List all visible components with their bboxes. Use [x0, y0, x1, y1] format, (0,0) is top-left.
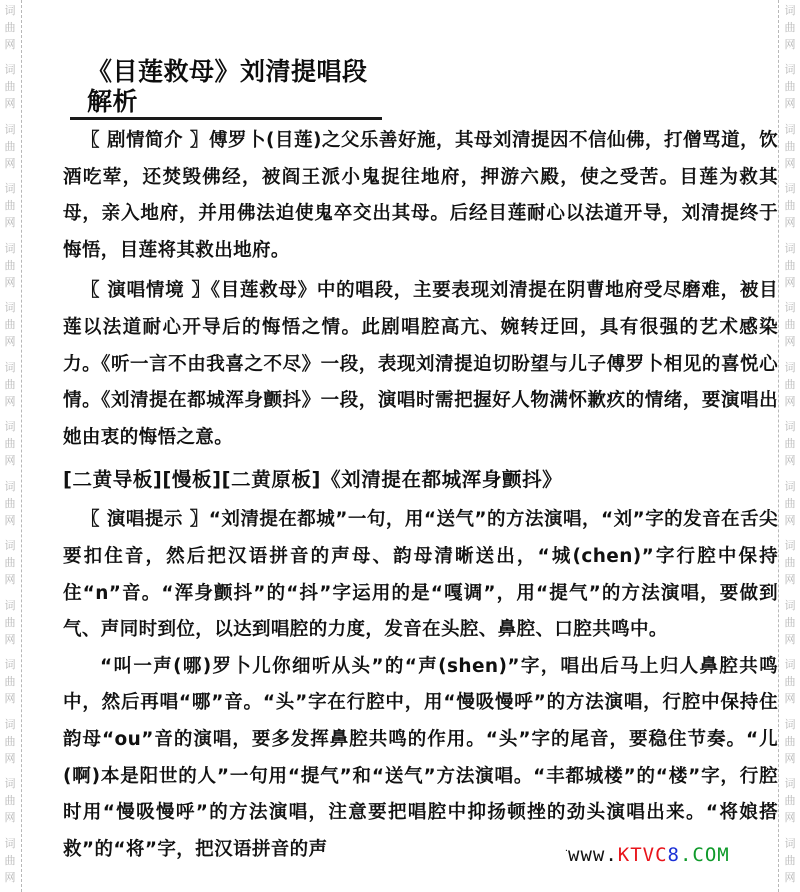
watermark-char: 网 [785, 36, 796, 53]
watermark-char: 网 [5, 809, 16, 826]
left-side-watermark: 词曲网词曲网词曲网词曲网词曲网词曲网词曲网词曲网词曲网词曲网词曲网词曲网词曲网词… [0, 0, 20, 892]
watermark-char: 曲 [5, 316, 16, 333]
watermark-char: 网 [785, 512, 796, 529]
watermark-group: 词曲网 [785, 0, 796, 59]
watermark-char: 网 [5, 750, 16, 767]
watermark-char: 曲 [785, 852, 796, 869]
site-watermark: · www.KTVC8.COM [568, 845, 730, 865]
watermark-char: 曲 [5, 78, 16, 95]
watermark-group: 词曲网 [5, 714, 16, 773]
watermark-char: 曲 [5, 197, 16, 214]
watermark-group: 词曲网 [5, 773, 16, 832]
watermark-char: 词 [785, 180, 796, 197]
singing-tips-paragraph: 〖 演唱提示 〗“刘清提在都城”一句，用“送气”的方法演唱，“刘”字的发音在舌尖… [63, 502, 778, 648]
watermark-group: 词曲网 [785, 476, 796, 535]
watermark-char: 曲 [785, 19, 796, 36]
watermark-char: 曲 [785, 138, 796, 155]
left-margin-divider [21, 0, 22, 892]
watermark-group: 词曲网 [785, 178, 796, 237]
watermark-group: 词曲网 [785, 714, 796, 773]
watermark-char: 词 [5, 716, 16, 733]
watermark-char: 词 [5, 180, 16, 197]
watermark-char: 网 [785, 274, 796, 291]
watermark-char: 曲 [5, 554, 16, 571]
watermark-char: 曲 [5, 852, 16, 869]
watermark-char: 词 [5, 359, 16, 376]
watermark-text-segment: 8 [668, 844, 680, 866]
watermark-char: 曲 [785, 673, 796, 690]
watermark-group: 词曲网 [785, 416, 796, 475]
performance-context-paragraph: 〖 演唱情境 〗《目莲救母》中的唱段，主要表现刘清提在阴曹地府受尽磨难，被目莲以… [63, 273, 778, 456]
watermark-char: 词 [5, 240, 16, 257]
watermark-char: 网 [785, 214, 796, 231]
watermark-char: 网 [5, 274, 16, 291]
watermark-group: 词曲网 [5, 357, 16, 416]
watermark-group: 词曲网 [5, 654, 16, 713]
watermark-char: 词 [785, 478, 796, 495]
watermark-char: 词 [785, 121, 796, 138]
watermark-char: 曲 [785, 792, 796, 809]
watermark-group: 词曲网 [5, 178, 16, 237]
watermark-char: 网 [5, 95, 16, 112]
watermark-char: 词 [785, 2, 796, 19]
watermark-char: 网 [5, 452, 16, 469]
watermark-char: 网 [785, 750, 796, 767]
watermark-char: 曲 [785, 733, 796, 750]
watermark-char: 曲 [5, 495, 16, 512]
watermark-char: 曲 [5, 614, 16, 631]
watermark-char: 网 [785, 631, 796, 648]
watermark-char: 曲 [785, 197, 796, 214]
watermark-char: 曲 [5, 673, 16, 690]
watermark-char: 网 [5, 393, 16, 410]
watermark-text-segment: .COM [680, 844, 730, 866]
watermark-group: 词曲网 [5, 238, 16, 297]
watermark-char: 词 [5, 775, 16, 792]
synopsis-tag: 〖 剧情简介 〗 [81, 130, 209, 151]
watermark-group: 词曲网 [785, 654, 796, 713]
watermark-group: 词曲网 [785, 297, 796, 356]
watermark-char: 词 [5, 656, 16, 673]
watermark-char: 词 [5, 835, 16, 852]
watermark-char: 词 [785, 299, 796, 316]
watermark-char: 网 [5, 214, 16, 231]
watermark-char: 词 [5, 478, 16, 495]
watermark-char: 词 [5, 537, 16, 554]
performance-context-text: 《目莲救母》中的唱段，主要表现刘清提在阴曹地府受尽磨难，被目莲以法道耐心开导后的… [63, 280, 778, 447]
watermark-char: 网 [5, 333, 16, 350]
synopsis-paragraph: 〖 剧情简介 〗傅罗卜(目莲)之父乐善好施，其母刘清提因不信仙佛，打僧骂道，饮酒… [63, 123, 778, 269]
watermark-char: 网 [5, 512, 16, 529]
watermark-char: 网 [5, 631, 16, 648]
watermark-char: 曲 [785, 495, 796, 512]
watermark-char: 网 [785, 452, 796, 469]
watermark-char: 网 [785, 809, 796, 826]
watermark-group: 词曲网 [785, 833, 796, 892]
watermark-char: 词 [785, 61, 796, 78]
watermark-char: 词 [5, 299, 16, 316]
watermark-char: 曲 [5, 435, 16, 452]
watermark-char: 网 [785, 333, 796, 350]
watermark-char: 网 [5, 155, 16, 172]
watermark-char: 词 [785, 240, 796, 257]
watermark-group: 词曲网 [785, 119, 796, 178]
watermark-group: 词曲网 [5, 297, 16, 356]
watermark-char: 曲 [5, 733, 16, 750]
page-title: 《目莲救母》刘清提唱段解析 [87, 57, 382, 117]
watermark-char: 曲 [5, 792, 16, 809]
title-underline: 《目莲救母》刘清提唱段解析 [70, 57, 382, 120]
watermark-char: 网 [785, 393, 796, 410]
watermark-group: 词曲网 [5, 833, 16, 892]
watermark-char: 曲 [785, 78, 796, 95]
watermark-char: 词 [785, 775, 796, 792]
watermark-char: 网 [5, 690, 16, 707]
watermark-text-segment: KTVC [618, 844, 668, 866]
watermark-char: 网 [785, 690, 796, 707]
watermark-char: 词 [785, 597, 796, 614]
watermark-group: 词曲网 [785, 595, 796, 654]
watermark-group: 词曲网 [5, 595, 16, 654]
watermark-char: 曲 [785, 316, 796, 333]
watermark-char: 词 [5, 418, 16, 435]
right-side-watermark: 词曲网词曲网词曲网词曲网词曲网词曲网词曲网词曲网词曲网词曲网词曲网词曲网词曲网词… [780, 0, 800, 892]
watermark-char: 词 [5, 2, 16, 19]
watermark-group: 词曲网 [5, 59, 16, 118]
watermark-char: 网 [5, 36, 16, 53]
watermark-char: 网 [785, 869, 796, 886]
watermark-group: 词曲网 [5, 535, 16, 594]
watermark-char: 曲 [785, 554, 796, 571]
watermark-char: 词 [785, 359, 796, 376]
aria-heading: [二黄导板][慢板][二黄原板]《刘清提在都城浑身颤抖》 [63, 462, 778, 498]
watermark-group: 词曲网 [5, 0, 16, 59]
watermark-group: 词曲网 [785, 535, 796, 594]
watermark-char: 曲 [785, 376, 796, 393]
watermark-char: 网 [785, 95, 796, 112]
watermark-char: 词 [5, 121, 16, 138]
decorative-dot: · [564, 841, 570, 861]
watermark-char: 曲 [5, 257, 16, 274]
right-margin-divider [778, 0, 779, 892]
watermark-char: 曲 [5, 376, 16, 393]
watermark-char: 曲 [785, 435, 796, 452]
watermark-group: 词曲网 [785, 59, 796, 118]
watermark-char: 词 [785, 716, 796, 733]
watermark-char: 曲 [785, 614, 796, 631]
watermark-group: 词曲网 [5, 416, 16, 475]
watermark-char: 网 [5, 571, 16, 588]
watermark-char: 网 [785, 571, 796, 588]
watermark-char: 词 [785, 835, 796, 852]
watermark-char: 网 [785, 155, 796, 172]
watermark-char: 词 [5, 61, 16, 78]
watermark-group: 词曲网 [785, 238, 796, 297]
watermark-char: 词 [785, 418, 796, 435]
watermark-char: 曲 [785, 257, 796, 274]
watermark-char: 词 [5, 597, 16, 614]
watermark-char: 曲 [5, 19, 16, 36]
performance-context-tag: 〖 演唱情境 〗 [81, 280, 211, 301]
watermark-group: 词曲网 [785, 773, 796, 832]
watermark-group: 词曲网 [5, 476, 16, 535]
watermark-char: 词 [785, 656, 796, 673]
singing-tips-tag: 〖 演唱提示 〗 [81, 509, 209, 530]
watermark-group: 词曲网 [785, 357, 796, 416]
watermark-group: 词曲网 [5, 119, 16, 178]
singing-tips-continued-paragraph: “叫一声(哪)罗卜儿你细听从头”的“声(shen)”字，唱出后马上归人鼻腔共鸣中… [63, 649, 778, 869]
article-body: 〖 剧情简介 〗傅罗卜(目莲)之父乐善好施，其母刘清提因不信仙佛，打僧骂道，饮酒… [63, 123, 778, 868]
watermark-char: 网 [5, 869, 16, 886]
watermark-char: 词 [785, 537, 796, 554]
watermark-char: 曲 [5, 138, 16, 155]
watermark-text-segment: www. [568, 844, 618, 866]
